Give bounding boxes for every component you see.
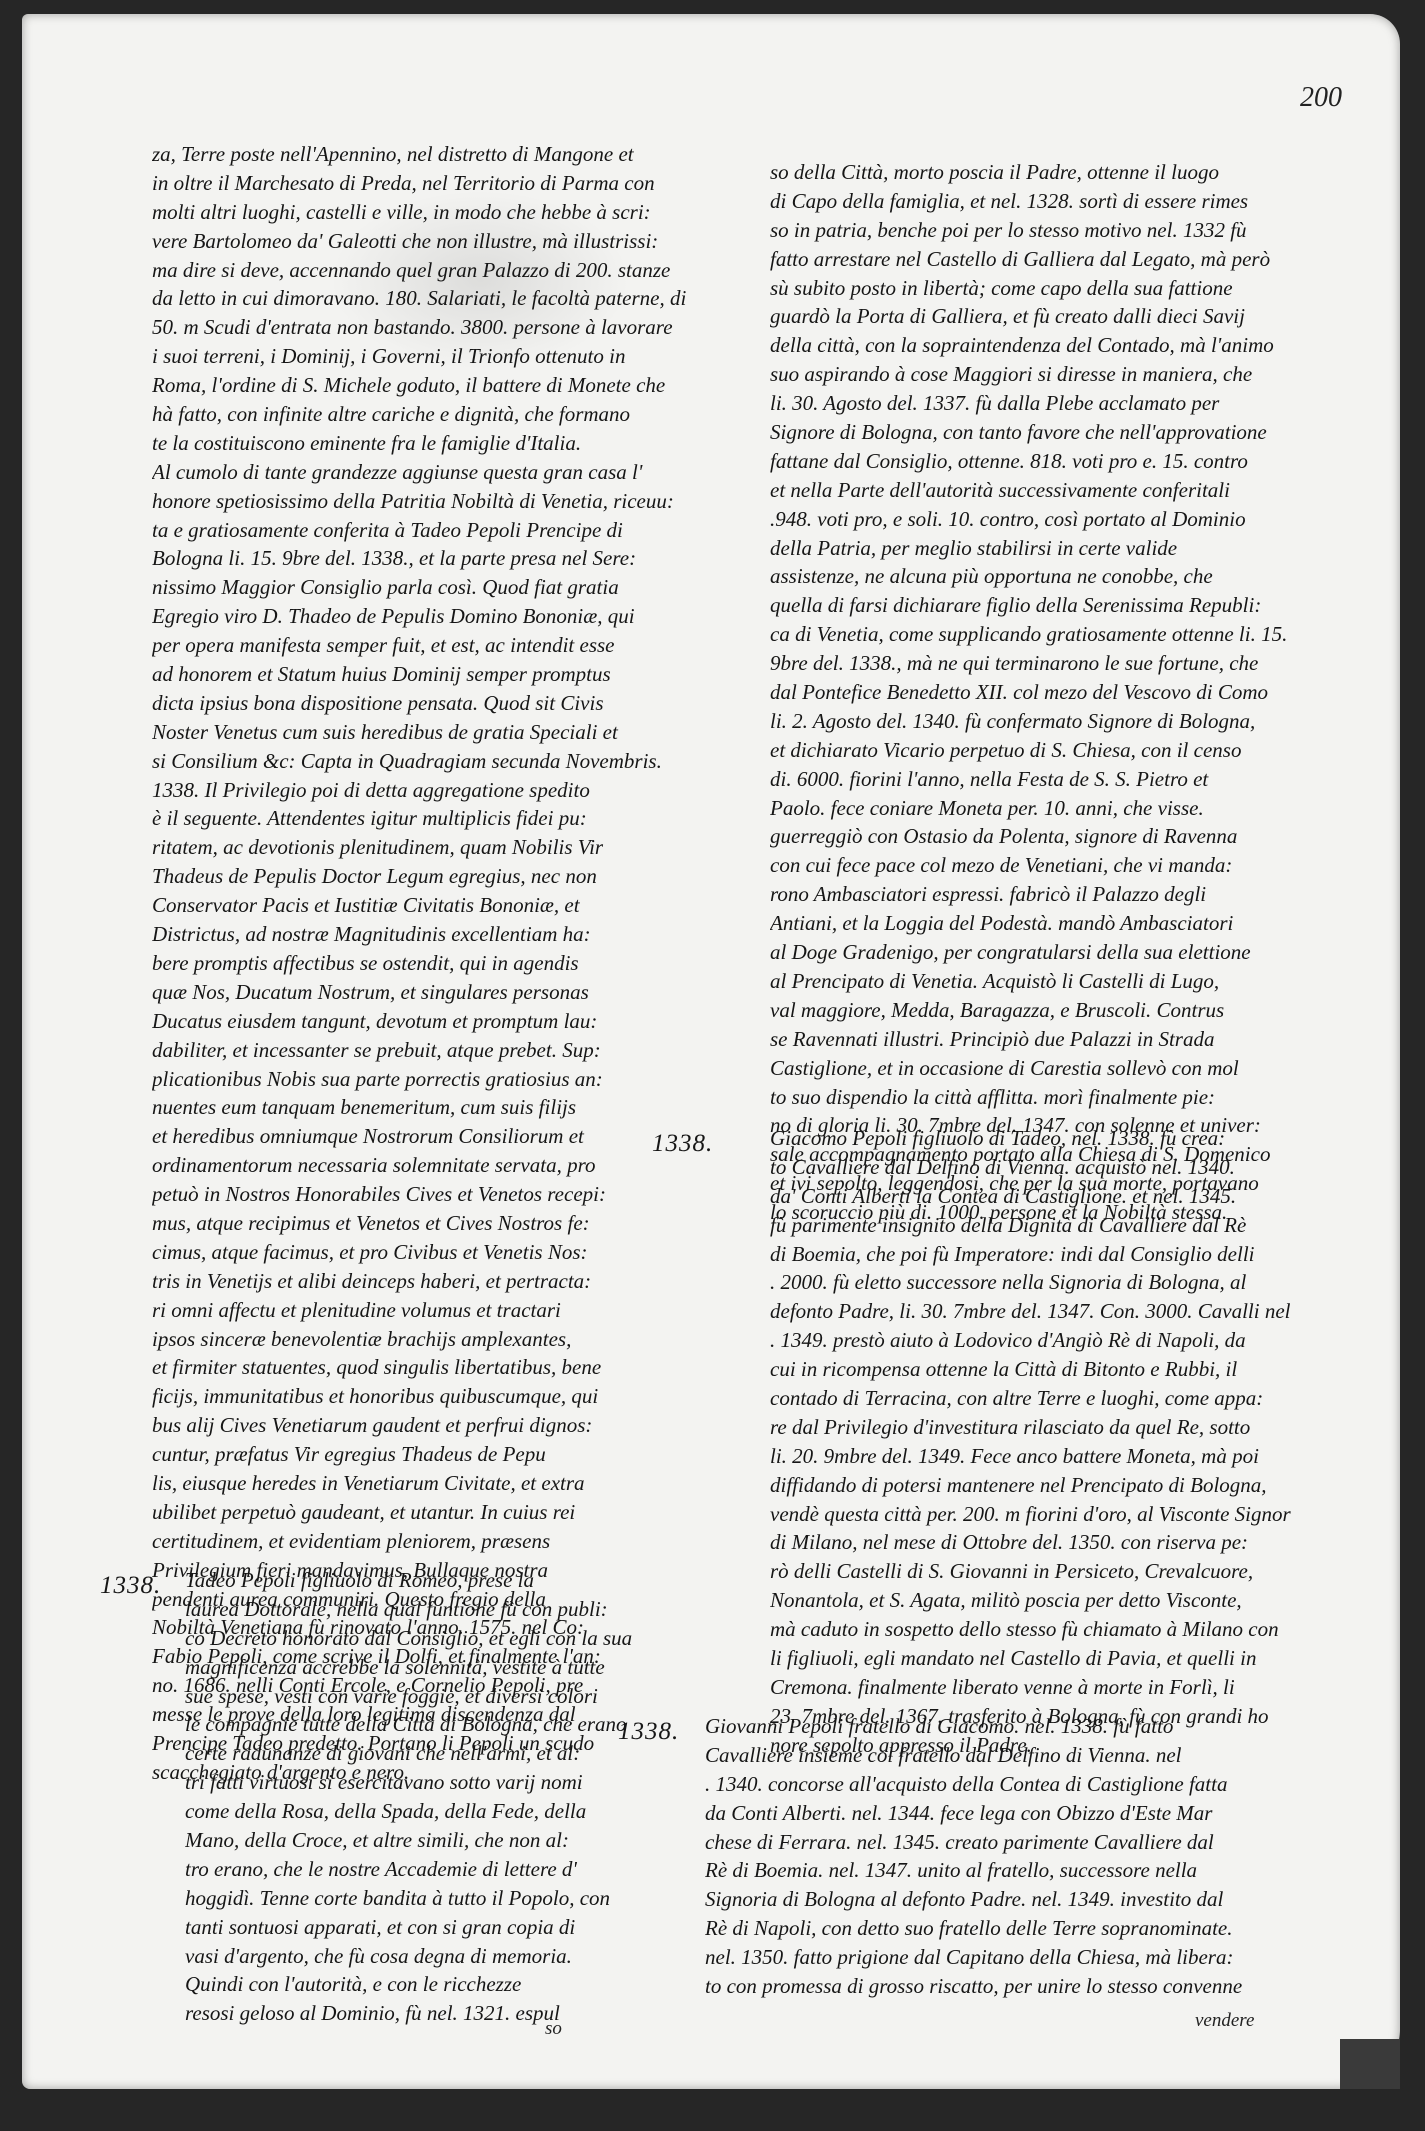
text-line: rono Ambasciatori espressi. fabricò il P… — [770, 880, 1360, 909]
left-column-text: za, Terre poste nell'Apennino, nel distr… — [152, 140, 712, 1787]
text-line: Cavalliere insieme col fratello dal Delf… — [705, 1741, 1242, 1770]
text-line: et dichiarato Vicario perpetuo di S. Chi… — [770, 736, 1360, 765]
text-line: hoggidì. Tenne corte bandita à tutto il … — [185, 1884, 632, 1913]
text-line: lis, eiusque heredes in Venetiarum Civit… — [152, 1469, 712, 1498]
text-line: plicationibus Nobis sua parte porrectis … — [152, 1065, 712, 1094]
text-line: Signore di Bologna, con tanto favore che… — [770, 418, 1360, 447]
text-line: te la costituiscono eminente fra le fami… — [152, 429, 712, 458]
text-line: con cui fece pace col mezo de Venetiani,… — [770, 851, 1360, 880]
text-line: nuentes eum tanquam benemeritum, cum sui… — [152, 1093, 712, 1122]
text-line: . 1340. concorse all'acquisto della Cont… — [705, 1770, 1242, 1799]
text-line: li. 2. Agosto del. 1340. fù confermato S… — [770, 707, 1360, 736]
text-line: Roma, l'ordine di S. Michele goduto, il … — [152, 371, 712, 400]
text-line: mà caduto in sospetto dello stesso fù ch… — [770, 1615, 1291, 1644]
text-line: ipsos sinceræ benevolentiæ brachijs ampl… — [152, 1325, 712, 1354]
text-line: re dal Privilegio d'investitura rilascia… — [770, 1413, 1291, 1442]
text-line: to Cavalliere dal Delfino di Vienna. acq… — [770, 1153, 1291, 1182]
text-line: i suoi terreni, i Dominij, i Governi, il… — [152, 342, 712, 371]
text-line: ubilibet perpetuò gaudeant, et utantur. … — [152, 1498, 712, 1527]
text-line: magnificenza accrebbe la solennità, vest… — [185, 1653, 632, 1682]
text-line: dicta ipsius bona dispositione pensata. … — [152, 689, 712, 718]
text-line: bus alij Cives Venetiarum gaudent et per… — [152, 1411, 712, 1440]
text-line: diffidando di potersi mantenere nel Pren… — [770, 1471, 1291, 1500]
text-line: . 2000. fù eletto successore nella Signo… — [770, 1268, 1291, 1297]
text-line: della Patria, per meglio stabilirsi in c… — [770, 534, 1360, 563]
text-line: si Consilium &c: Capta in Quadragiam sec… — [152, 747, 712, 776]
text-line: al Doge Gradenigo, per congratularsi del… — [770, 938, 1360, 967]
text-line: di Capo della famiglia, et nel. 1328. so… — [770, 187, 1360, 216]
text-line: da' Conti Alberti la Contea di Castiglio… — [770, 1182, 1291, 1211]
catchword-right: vendere — [1195, 2010, 1254, 2032]
text-line: sù subito posto in libertà; come capo de… — [770, 274, 1360, 303]
text-line: tri fatti virtuosi si esercitavano sotto… — [185, 1768, 632, 1797]
text-line: da Conti Alberti. nel. 1344. fece lega c… — [705, 1799, 1242, 1828]
text-line: ma dire si deve, accennando quel gran Pa… — [152, 256, 712, 285]
text-line: quæ Nos, Ducatum Nostrum, et singulares … — [152, 978, 712, 1007]
text-line: Giovanni Pepoli fratello di Giacomo. nel… — [705, 1712, 1242, 1741]
text-line: Tadeo Pepoli figliuolo di Romeo, prese l… — [185, 1566, 632, 1595]
text-line: Antiani, et la Loggia del Podestà. mandò… — [770, 909, 1360, 938]
text-line: Signoria di Bologna al defonto Padre. ne… — [705, 1885, 1242, 1914]
text-line: dal Pontefice Benedetto XII. col mezo de… — [770, 678, 1360, 707]
text-line: Mano, della Croce, et altre simili, che … — [185, 1826, 632, 1855]
text-line: suo aspirando à cose Maggiori si diresse… — [770, 360, 1360, 389]
text-line: come della Rosa, della Spada, della Fede… — [185, 1797, 632, 1826]
text-line: val maggiore, Medda, Baragazza, e Brusco… — [770, 996, 1360, 1025]
text-line: mus, atque recipimus et Venetos et Cives… — [152, 1209, 712, 1238]
entry-giovanni-pepoli: Giovanni Pepoli fratello di Giacomo. nel… — [705, 1712, 1242, 2001]
text-line: cui in ricompensa ottenne la Città di Bi… — [770, 1355, 1291, 1384]
catchword-left: so — [545, 2018, 562, 2040]
text-line: ta e gratiosamente conferita à Tadeo Pep… — [152, 516, 712, 545]
text-line: da letto in cui dimoravano. 180. Salaria… — [152, 284, 712, 313]
text-line: Conservator Pacis et Iustitiæ Civitatis … — [152, 891, 712, 920]
text-line: Thadeus de Pepulis Doctor Legum egregius… — [152, 862, 712, 891]
text-line: per opera manifesta semper fuit, et est,… — [152, 631, 712, 660]
text-line: di Boemia, che poi fù Imperatore: indi d… — [770, 1240, 1291, 1269]
text-line: za, Terre poste nell'Apennino, nel distr… — [152, 140, 712, 169]
text-line: le compagnie tutte della Città di Bologn… — [185, 1710, 632, 1739]
text-line: to suo dispendio la città afflitta. morì… — [770, 1083, 1360, 1112]
text-line: . 1349. prestò aiuto à Lodovico d'Angiò … — [770, 1326, 1291, 1355]
text-line: della città, con la sopraintendenza del … — [770, 331, 1360, 360]
text-line: tris in Venetijs et alibi deinceps haber… — [152, 1267, 712, 1296]
text-line: ritatem, ac devotionis plenitudinem, qua… — [152, 833, 712, 862]
page-number: 200 — [1300, 82, 1342, 114]
text-line: li. 30. Agosto del. 1337. fù dalla Plebe… — [770, 389, 1360, 418]
text-line: et heredibus omniumque Nostrorum Consili… — [152, 1122, 712, 1151]
text-line: guerreggiò con Ostasio da Polenta, signo… — [770, 822, 1360, 851]
text-line: certe radunanze di giovani che nell'armi… — [185, 1739, 632, 1768]
torn-corner — [1340, 2039, 1400, 2089]
text-line: molti altri luoghi, castelli e ville, in… — [152, 198, 712, 227]
text-line: so della Città, morto poscia il Padre, o… — [770, 158, 1360, 187]
text-line: co Decreto honorato dal Consiglio, et eg… — [185, 1624, 632, 1653]
right-column-text: so della Città, morto poscia il Padre, o… — [770, 158, 1360, 1227]
text-line: Al cumolo di tante grandezze aggiunse qu… — [152, 458, 712, 487]
text-line: .948. voti pro, e soli. 10. contro, così… — [770, 505, 1360, 534]
text-line: quella di farsi dichiarare figlio della … — [770, 591, 1360, 620]
text-line: contado di Terracina, con altre Terre e … — [770, 1384, 1291, 1413]
text-line: guardò la Porta di Galliera, et fù creat… — [770, 302, 1360, 331]
text-line: nel. 1350. fatto prigione dal Capitano d… — [705, 1943, 1242, 1972]
text-line: Districtus, ad nostræ Magnitudinis excel… — [152, 920, 712, 949]
text-line: è il seguente. Attendentes igitur multip… — [152, 804, 712, 833]
text-line: ordinamentorum necessaria solemnitate se… — [152, 1151, 712, 1180]
scanned-page: 200 za, Terre poste nell'Apennino, nel d… — [0, 0, 1425, 2131]
text-line: di Milano, nel mese di Ottobre del. 1350… — [770, 1528, 1291, 1557]
text-line: dabiliter, et incessanter se prebuit, at… — [152, 1036, 712, 1065]
text-line: di. 6000. fiorini l'anno, nella Festa de… — [770, 765, 1360, 794]
margin-year-label: 1338. — [652, 1130, 713, 1158]
text-line: in oltre il Marchesato di Preda, nel Ter… — [152, 169, 712, 198]
text-line: Bologna li. 15. 9bre del. 1338., et la p… — [152, 544, 712, 573]
entry-tadeo-pepoli: Tadeo Pepoli figliuolo di Romeo, prese l… — [185, 1566, 632, 2028]
text-line: honore spetiosissimo della Patritia Nobi… — [152, 487, 712, 516]
text-line: Nonantola, et S. Agata, militò poscia pe… — [770, 1586, 1291, 1615]
text-line: Rè di Boemia. nel. 1347. unito al fratel… — [705, 1856, 1242, 1885]
text-line: tro erano, che le nostre Accademie di le… — [185, 1855, 632, 1884]
text-line: Giacomo Pepoli figliuolo di Tadeo, nel. … — [770, 1124, 1291, 1153]
text-line: resosi geloso al Dominio, fù nel. 1321. … — [185, 1999, 632, 2028]
text-line: chese di Ferrara. nel. 1345. creato pari… — [705, 1828, 1242, 1857]
text-line: Quindi con l'autorità, e con le ricchezz… — [185, 1970, 632, 1999]
text-line: ficijs, immunitatibus et honoribus quibu… — [152, 1382, 712, 1411]
text-line: se Ravennati illustri. Principiò due Pal… — [770, 1025, 1360, 1054]
text-line: 50. m Scudi d'entrata non bastando. 3800… — [152, 313, 712, 342]
text-line: Egregio viro D. Thadeo de Pepulis Domino… — [152, 602, 712, 631]
text-line: defonto Padre, li. 30. 7mbre del. 1347. … — [770, 1297, 1291, 1326]
text-line: laurea Dottorale, nella qual funtione fù… — [185, 1595, 632, 1624]
text-line: fù parimente insignito della Dignità di … — [770, 1211, 1291, 1240]
text-line: ca di Venetia, come supplicando gratiosa… — [770, 620, 1360, 649]
text-line: et firmiter statuentes, quod singulis li… — [152, 1353, 712, 1382]
text-line: certitudinem, et evidentiam pleniorem, p… — [152, 1527, 712, 1556]
margin-year-label: 1338. — [100, 1572, 161, 1600]
text-line: Rè di Napoli, con detto suo fratello del… — [705, 1914, 1242, 1943]
text-line: rò delli Castelli di S. Giovanni in Pers… — [770, 1557, 1291, 1586]
text-line: tanti sontuosi apparati, et con si gran … — [185, 1913, 632, 1942]
text-line: li. 20. 9mbre del. 1349. Fece anco batte… — [770, 1442, 1291, 1471]
text-line: vere Bartolomeo da' Galeotti che non ill… — [152, 227, 712, 256]
text-line: cuntur, præfatus Vir egregius Thadeus de… — [152, 1440, 712, 1469]
text-line: Noster Venetus cum suis heredibus de gra… — [152, 718, 712, 747]
text-line: Cremona. finalmente liberato venne à mor… — [770, 1673, 1291, 1702]
text-line: petuò in Nostros Honorabiles Cives et Ve… — [152, 1180, 712, 1209]
text-line: ad honorem et Statum huius Dominij sempe… — [152, 660, 712, 689]
text-line: nissimo Maggior Consiglio parla così. Qu… — [152, 573, 712, 602]
text-line: fatto arrestare nel Castello di Galliera… — [770, 245, 1360, 274]
text-line: cimus, atque facimus, et pro Civibus et … — [152, 1238, 712, 1267]
text-line: Ducatus eiusdem tangunt, devotum et prom… — [152, 1007, 712, 1036]
margin-year-label: 1338. — [618, 1718, 679, 1746]
text-line: al Prencipato di Venetia. Acquistò li Ca… — [770, 967, 1360, 996]
text-line: hà fatto, con infinite altre cariche e d… — [152, 400, 712, 429]
text-line: li figliuoli, egli mandato nel Castello … — [770, 1644, 1291, 1673]
text-line: vasi d'argento, che fù cosa degna di mem… — [185, 1942, 632, 1971]
text-line: to con promessa di grosso riscatto, per … — [705, 1972, 1242, 2001]
text-line: Castiglione, et in occasione di Carestia… — [770, 1054, 1360, 1083]
text-line: bere promptis affectibus se ostendit, qu… — [152, 949, 712, 978]
text-line: ri omni affectu et plenitudine volumus e… — [152, 1296, 712, 1325]
text-line: so in patria, benche poi per lo stesso m… — [770, 216, 1360, 245]
text-line: fattane dal Consiglio, ottenne. 818. vot… — [770, 447, 1360, 476]
text-line: 1338. Il Privilegio poi di detta aggrega… — [152, 776, 712, 805]
text-line: sue spese, vesti con varie foggie, et di… — [185, 1682, 632, 1711]
text-line: assistenze, ne alcuna più opportuna ne c… — [770, 562, 1360, 591]
entry-giacomo-pepoli: Giacomo Pepoli figliuolo di Tadeo, nel. … — [770, 1124, 1291, 1760]
text-line: vendè questa città per. 200. m fiorini d… — [770, 1500, 1291, 1529]
text-line: Paolo. fece coniare Moneta per. 10. anni… — [770, 794, 1360, 823]
text-line: et nella Parte dell'autorità successivam… — [770, 476, 1360, 505]
text-line: 9bre del. 1338., mà ne qui terminarono l… — [770, 649, 1360, 678]
